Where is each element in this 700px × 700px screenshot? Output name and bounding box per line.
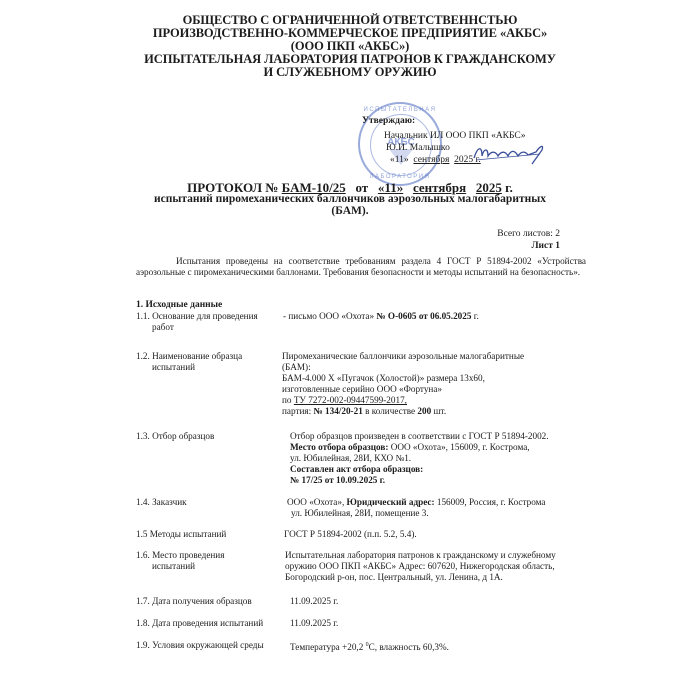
item-1-7-value: 11.09.2025 г. [290, 596, 338, 607]
item-1-2-value: Пиромеханические баллончики аэрозольные … [282, 351, 524, 417]
intro-paragraph: Испытания проведены на соответствие треб… [136, 256, 586, 278]
item-1-8-label: 1.8. Дата проведения испытаний [136, 618, 263, 629]
lab-name-line2: И СЛУЖЕБНОМУ ОРУЖИЮ [0, 66, 700, 79]
document-page: ОБЩЕСТВО С ОГРАНИЧЕННОЙ ОТВЕТСТВЕННСТЬЮ … [0, 0, 700, 700]
item-1-5-label: 1.5 Методы испытаний [136, 529, 226, 540]
approval-date: «11» сентября 2025 г. [390, 155, 481, 166]
item-1-9-value: Температура +20,2 0С, влажность 60,3%. [290, 640, 449, 653]
item-1-7-label: 1.7. Дата получения образцов [136, 596, 252, 607]
approval-label: Утверждаю: [362, 116, 415, 127]
item-1-6-value: Испытательная лаборатория патронов к гра… [285, 550, 556, 583]
section-title: 1. Исходные данные [136, 300, 222, 310]
item-1-1-value: - письмо ООО «Охота» № О-0605 от 06.05.2… [283, 311, 479, 322]
sheet-number: Лист 1 [531, 241, 560, 251]
item-1-3-label: 1.3. Отбор образцов [136, 431, 214, 442]
stamp-text-top: ИСПЫТАТЕЛЬНАЯ [360, 107, 440, 113]
item-1-8-value: 11.09.2025 г. [290, 618, 338, 629]
total-sheets: Всего листов: 2 [497, 229, 560, 239]
signature [470, 140, 550, 166]
item-1-1-label: 1.1. Основание для проведения работ [136, 311, 258, 333]
item-1-3-value: Отбор образцов произведен в соответствии… [290, 431, 549, 486]
protocol-subtitle: испытаний пиромеханических баллончиков а… [130, 193, 570, 217]
item-1-4-value: ООО «Охота», Юридический адрес: 156009, … [287, 497, 545, 519]
item-1-9-label: 1.9. Условия окружающей среды [136, 640, 264, 651]
item-1-5-value: ГОСТ Р 51894-2002 (п.п. 5.2, 5.4). [284, 529, 417, 540]
approval-name: Ю.И. Малышко [386, 143, 450, 154]
item-1-2-label: 1.2. Наименование образца испытаний [136, 351, 242, 373]
item-1-6-label: 1.6. Место проведения испытаний [136, 550, 224, 572]
item-1-4-label: 1.4. Заказчик [136, 497, 187, 508]
